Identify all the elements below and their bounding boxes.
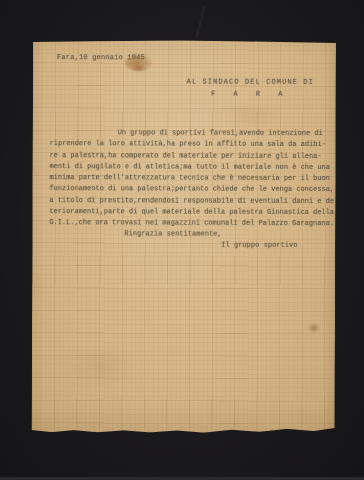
body-line: Un gruppo di sportivi faresi,avendo inte… [50, 128, 332, 140]
recipient-line-1: AL SINDACO DEL COMUNE DI [187, 79, 314, 87]
background-scratch [196, 6, 205, 37]
body-line: terioramenti,parte di quel materiale del… [49, 207, 331, 219]
body-line: riprendere la loro attività,ha preso in … [50, 139, 332, 151]
small-stain [308, 323, 320, 333]
signature-line: Il gruppo sportivo [221, 242, 297, 250]
closing-line: Ringrazia sentitamente, [124, 230, 221, 238]
body-paragraph: Un gruppo di sportivi faresi,avendo inte… [49, 128, 331, 231]
recipient-block: AL SINDACO DEL COMUNE DI F A R A [187, 79, 314, 99]
body-line: re a palestra,ha comperato del materiale… [50, 151, 332, 163]
faint-stain [223, 101, 283, 131]
recipient-line-2: F A R A [187, 90, 314, 98]
photo-background: Fara,10 gennaio 1945 AL SINDACO DEL COMU… [0, 0, 364, 480]
body-line: a titolo di prestito,rendendosi responsa… [49, 196, 331, 208]
body-line: menti di pugilato e di atletica;ma tutto… [50, 162, 332, 174]
date-line: Fara,10 gennaio 1945 [57, 54, 145, 62]
body-line: G.I.L.,che ora trovasi nei magazzini com… [49, 218, 331, 230]
faint-stain [62, 340, 142, 390]
ink-stain [131, 64, 147, 72]
letter-paper: Fara,10 gennaio 1945 AL SINDACO DEL COMU… [32, 40, 336, 434]
body-line: funzionamento di una palestra;pertanto c… [49, 185, 331, 197]
body-line: minima parte dell'attrezzatura tecnica c… [49, 173, 331, 185]
